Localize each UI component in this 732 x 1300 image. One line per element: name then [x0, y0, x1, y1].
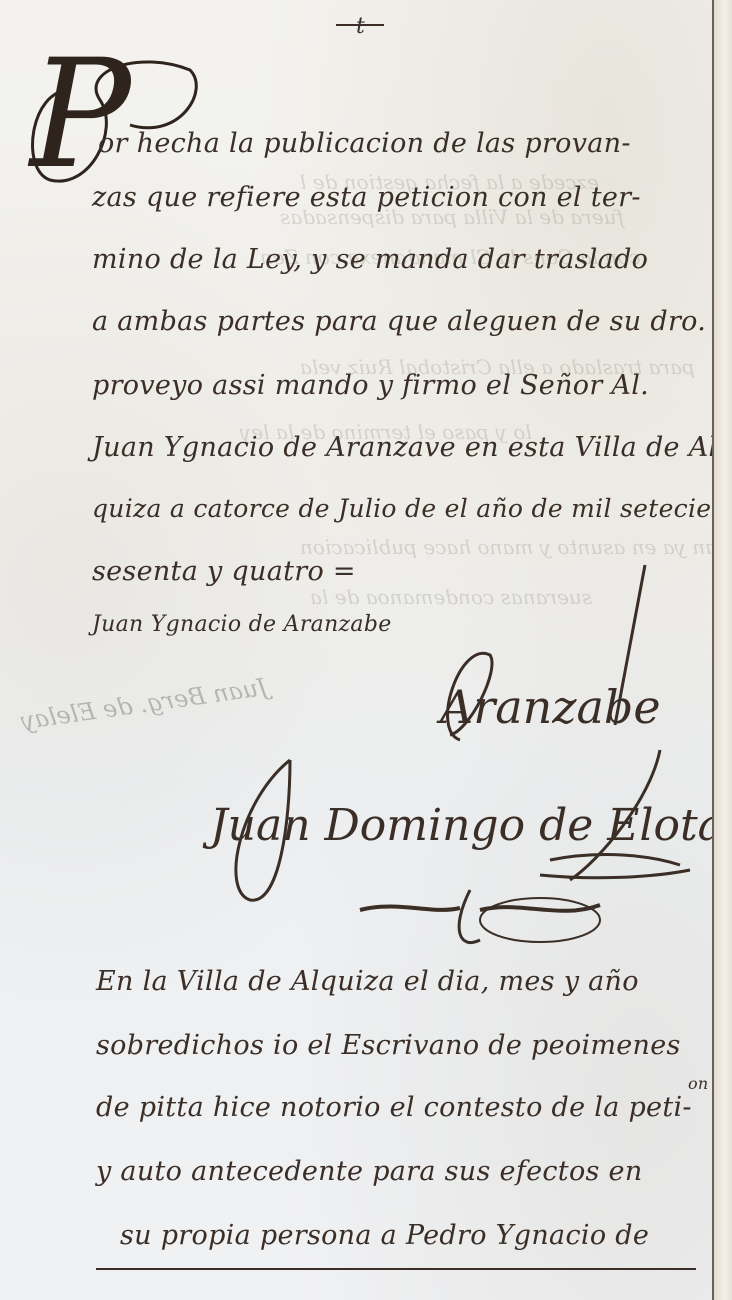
folio-mark: t [356, 14, 365, 39]
text-line: a ambas partes para que aleguen de su dr… [92, 306, 712, 337]
text-line: En la Villa de Alquiza el dia, mes y año [96, 966, 639, 997]
manuscript-page: ezcede a la fecha gestion de l fuera de … [0, 0, 712, 1300]
margin-note-bleed: Juan Berg. de Elelay [19, 673, 269, 735]
text-line: proveyo assi mando y firmo el Señor Al. [92, 370, 649, 401]
page-edge [714, 0, 732, 1300]
notary-flourish-icon [180, 740, 700, 960]
text-line: de pitta hice notorio el contesto de la … [96, 1092, 692, 1123]
margin-insert: on [688, 1074, 709, 1093]
text-line: Juan Ygnacio de Aranzave en esta Villa d… [92, 432, 712, 463]
closing-rule [96, 1268, 696, 1270]
text-line: or hecha la publicacion de las provan- [98, 128, 631, 159]
text-line: sesenta y quatro = [92, 556, 356, 587]
text-line: zas que refiere esta peticion con el ter… [92, 182, 641, 213]
text-line: quiza a catorce de Julio de el año de mi… [92, 494, 712, 523]
text-line: mino de la Ley, y se manda dar traslado [92, 244, 648, 275]
bleed-through-text: Lan ya en asunto y mano hace publicacion [300, 535, 712, 559]
rubric-flourish-icon [420, 560, 680, 760]
text-line: y auto antecedente para sus efectos en [96, 1156, 643, 1187]
text-line: su propia persona a Pedro Ygnacio de [120, 1220, 649, 1251]
text-line: sobredichos io el Escrivano de peoimenes [96, 1030, 681, 1061]
signature-alcalde-name: Juan Ygnacio de Aranzabe [92, 612, 392, 637]
